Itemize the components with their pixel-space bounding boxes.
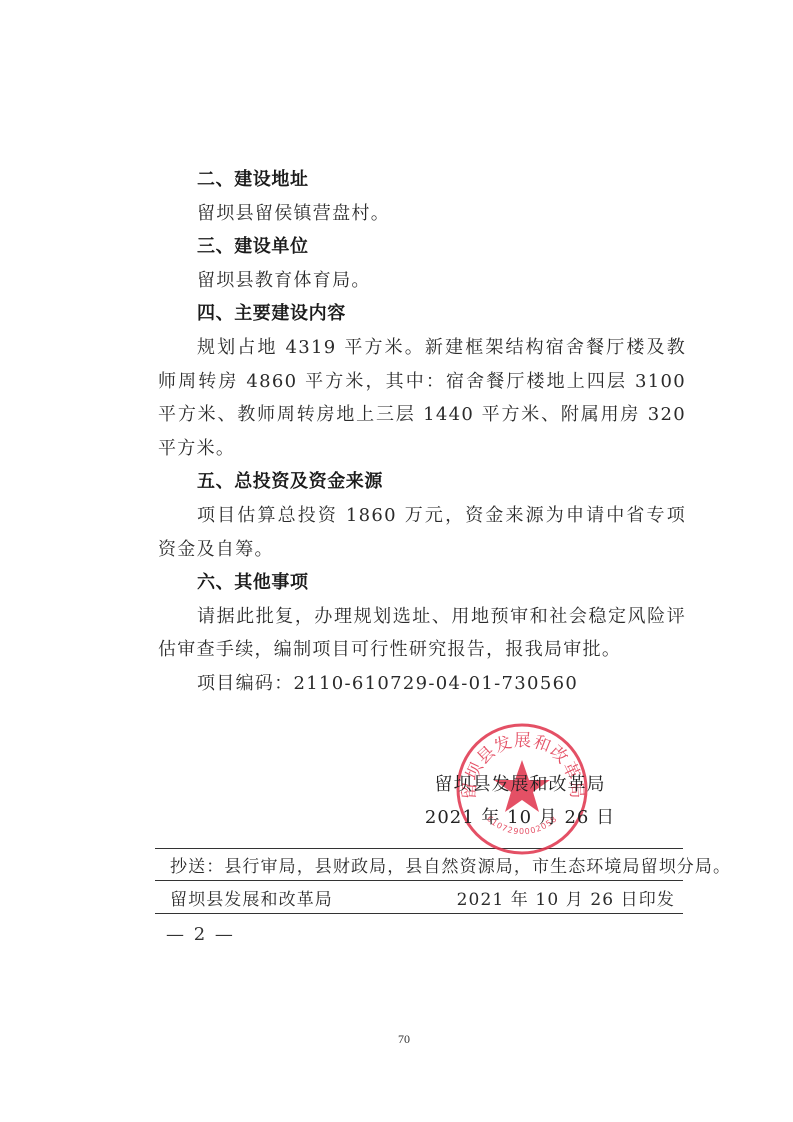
section-heading-investment: 五、总投资及资金来源 — [158, 465, 686, 499]
cc-recipients: 县行审局，县财政局，县自然资源局，市生态环境局留坝分局。 — [224, 857, 731, 877]
section-text-other: 请据此批复，办理规划选址、用地预审和社会稳定风险评估审查手续，编制项目可行性研究… — [158, 600, 686, 667]
document-body: 二、建设地址 留坝县留侯镇营盘村。 三、建设单位 留坝县教育体育局。 四、主要建… — [158, 163, 686, 701]
section-text-content: 规划占地 4319 平方米。新建框架结构宿舍餐厅楼及教师周转房 4860 平方米… — [158, 331, 686, 465]
cc-label: 抄送： — [170, 857, 224, 877]
section-text-investment: 项目估算总投资 1860 万元，资金来源为申请中省专项资金及自筹。 — [158, 499, 686, 566]
divider-middle — [155, 880, 683, 881]
document-page: 二、建设地址 留坝县留侯镇营盘村。 三、建设单位 留坝县教育体育局。 四、主要建… — [0, 0, 793, 1122]
section-text-builder: 留坝县教育体育局。 — [158, 264, 686, 298]
section-heading-content: 四、主要建设内容 — [158, 297, 686, 331]
section-heading-address: 二、建设地址 — [158, 163, 686, 197]
issue-date: 2021 年 10 月 26 日印发 — [457, 885, 675, 910]
signature-organization: 留坝县发展和改革局 — [420, 770, 620, 796]
divider-bottom — [155, 913, 683, 914]
section-text-address: 留坝县留侯镇营盘村。 — [158, 197, 686, 231]
print-info-row: 留坝县发展和改革局 2021 年 10 月 26 日印发 — [170, 885, 675, 910]
section-heading-builder: 三、建设单位 — [158, 230, 686, 264]
section-heading-other: 六、其他事项 — [158, 566, 686, 600]
project-code: 项目编码：2110-610729-04-01-730560 — [158, 667, 686, 701]
cc-line: 抄送：县行审局，县财政局，县自然资源局，市生态环境局留坝分局。 — [170, 852, 685, 877]
issuer: 留坝县发展和改革局 — [170, 885, 333, 910]
scan-page-number: 70 — [398, 1032, 410, 1047]
divider-top — [155, 848, 683, 849]
signature-date: 2021 年 10 月 26 日 — [420, 803, 620, 829]
page-footer: — 2 — — [166, 924, 235, 945]
